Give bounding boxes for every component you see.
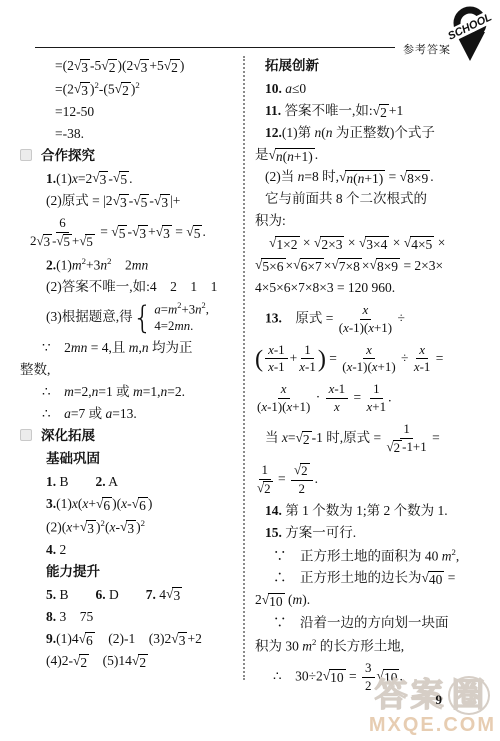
answer-line: (2)答案不唯一,如:4 2 1 1	[20, 279, 240, 296]
sqrt-expression: √2	[73, 654, 89, 671]
sqrt-expression: √2	[387, 440, 403, 456]
answer-line: 14. 第 1 个数为 1;第 2 个数为 1.	[255, 503, 495, 520]
fraction: x(x-1)(x+1)	[257, 382, 310, 415]
fraction: 32	[362, 661, 374, 694]
sqrt-expression: √2	[296, 431, 312, 448]
sqrt-expression: √8×9	[370, 258, 401, 275]
fraction: xx-1	[414, 343, 431, 376]
answer-line: ∴ m=2,n=1 或 m=1,n=2.	[20, 384, 240, 401]
answer-line: 4×5×6×7×8×3 = 120 960.	[255, 280, 495, 297]
sqrt-expression: √3	[166, 587, 182, 604]
answer-line: x(x-1)(x+1) · x-1x = 1x+1.	[255, 381, 495, 416]
sqrt-expression: √3	[120, 520, 136, 537]
answer-line: 它与前面共 8 个二次根式的	[255, 191, 495, 208]
answer-line: 9.(1)4√6 (2)-1 (3)2√3+2	[20, 631, 240, 648]
sqrt-expression: √2	[132, 654, 148, 671]
column-divider	[243, 56, 245, 680]
answer-line: 整数,	[20, 362, 240, 379]
answer-line: 是√n(n+1).	[255, 147, 495, 164]
sqrt-expression: √2	[373, 104, 389, 121]
sqrt-expression: √3×4	[359, 236, 390, 253]
answer-line: (3)根据题意,得{a=m2+3n2,4=2mn.	[20, 301, 240, 335]
fraction: 1x+1	[367, 382, 387, 415]
big-paren: (	[255, 345, 263, 372]
answer-line: 积为 30 m2 的长方形土地,	[255, 637, 495, 655]
fraction: 1x-1	[299, 343, 316, 376]
sqrt-expression: √3	[74, 59, 90, 76]
answer-line: 当 x=√2-1 时,原式 = 1√2-1+1 =	[255, 421, 495, 457]
answer-line: (2)当 n=8 时,√n(n+1) = √8×9.	[255, 169, 495, 186]
sqrt-expression: √10	[377, 669, 400, 686]
left-column: =(2√3-5√2)(2√3+5√2)=(2√3)2-(5√2)2=12-50=…	[20, 58, 240, 675]
school-pin-logo: SCHOOL	[444, 4, 496, 64]
sqrt-expression: √5	[186, 225, 202, 242]
sqrt-expression: √5	[111, 225, 127, 242]
right-column: 拓展创新10. a≤011. 答案不唯一,如:√2+112.(1)第 n(n 为…	[255, 58, 495, 700]
sqrt-expression: √7×8	[331, 258, 362, 275]
fraction: 1√2-1+1	[387, 422, 427, 456]
sqrt-expression: √1×2	[269, 236, 300, 253]
answer-line: 4. 2	[20, 542, 240, 559]
sqrt-expression: √3	[132, 225, 148, 242]
sqrt-expression: √10	[323, 669, 346, 686]
answer-line: √1×2 × √2×3 × √3×4 × √4×5 ×	[255, 235, 495, 252]
sqrt-expression: √3	[154, 194, 170, 211]
sqrt-expression: √3	[171, 632, 187, 649]
sqrt-expression: √8×9	[400, 170, 431, 187]
answer-line: =(2√3)2-(5√2)2	[20, 80, 240, 99]
answer-line: =(2√3-5√2)(2√3+5√2)	[20, 58, 240, 75]
answer-line: 11. 答案不唯一,如:√2+1	[255, 103, 495, 120]
answer-line: 12.(1)第 n(n 为正整数)个式子	[255, 125, 495, 142]
section-header: 合作探究	[20, 148, 240, 165]
answer-line: 2.(1)m2+3n2 2mn	[20, 256, 240, 274]
sqrt-expression: √3	[133, 59, 149, 76]
sqrt-expression: √2	[101, 59, 117, 76]
watermark-site-text: MXQE.COM	[369, 714, 496, 737]
answer-line: 1. B 2. A	[20, 474, 240, 491]
sqrt-expression: √3	[92, 171, 108, 188]
subheading: 基础巩固	[20, 451, 240, 468]
sqrt-expression: √5×6	[255, 258, 286, 275]
fraction: √22	[291, 463, 313, 497]
equation-system: {a=m2+3n2,4=2mn.	[133, 301, 209, 335]
sqrt-expression: √2	[294, 463, 310, 479]
sqrt-expression: √3	[156, 225, 172, 242]
answer-line: 62√3-√5+√5 = √5-√3+√3 = √5.	[20, 215, 240, 251]
fraction: x-1x	[326, 382, 349, 415]
sqrt-expression: √2	[115, 82, 131, 99]
sqrt-expression: √5	[56, 234, 72, 250]
sqrt-expression: √3	[74, 82, 90, 99]
answer-line: ∴ 正方形土地的边长为√40 =	[255, 570, 495, 587]
sqrt-expression: √n(n+1)	[339, 170, 385, 187]
sqrt-expression: √40	[422, 571, 445, 588]
answer-line: ∴ 30÷2√10 = 32√10.	[255, 660, 495, 695]
section-marker-icon	[20, 429, 32, 441]
sqrt-expression: √3	[113, 194, 129, 211]
sqrt-expression: √2×3	[314, 236, 345, 253]
page-number: 9	[436, 692, 443, 708]
answer-line: 5. B 6. D 7. 4√3	[20, 587, 240, 604]
answer-line: 13. 原式 = x(x-1)(x+1) ÷	[255, 302, 495, 337]
answer-line: 1.(1)x=2√3-√5.	[20, 171, 240, 188]
answer-line: ∵ 正方形土地的面积为 40 m2,	[255, 547, 495, 565]
answer-line: √5×6×√6×7×√7×8×√8×9 = 2×3×	[255, 258, 495, 275]
answer-line: ∵ 沿着一边的方向划一块面	[255, 615, 495, 632]
fraction: x(x-1)(x+1)	[339, 303, 392, 336]
sqrt-expression: √6	[79, 632, 95, 649]
answer-line: ∴ a=7 或 a=13.	[20, 406, 240, 423]
subheading: 能力提升	[20, 564, 240, 581]
sqrt-expression: √5	[79, 234, 95, 250]
sqrt-expression: √3	[36, 234, 52, 250]
answer-line: (4)2-√2 (5)14√2	[20, 653, 240, 670]
sqrt-expression: √5	[113, 171, 129, 188]
big-paren: )	[318, 345, 326, 372]
sqrt-expression: √5	[133, 194, 149, 211]
answer-line: 2√10 (m).	[255, 592, 495, 609]
sqrt-expression: √10	[262, 593, 285, 610]
sqrt-expression: √2	[257, 481, 273, 497]
answer-line: (2)(x+√3)2(x-√3)2	[20, 518, 240, 537]
sqrt-expression: √6	[96, 497, 112, 514]
sqrt-expression: √4×5	[404, 236, 435, 253]
header-rule	[35, 47, 395, 48]
answer-line: (x-1x-1+1x-1) = x(x-1)(x+1) ÷ xx-1 =	[255, 342, 495, 377]
answer-line: 8. 3 75	[20, 609, 240, 626]
fraction: 62√3-√5+√5	[30, 216, 95, 250]
sqrt-expression: √n(n+1)	[269, 148, 315, 165]
section-header: 深化拓展	[20, 428, 240, 445]
answer-line: 3.(1)x(x+√6)(x-√6)	[20, 496, 240, 513]
answer-line: ∵ 2mn = 4,且 m,n 均为正	[20, 340, 240, 357]
fraction: x(x-1)(x+1)	[342, 343, 395, 376]
sqrt-expression: √6×7	[293, 258, 324, 275]
answer-line: 15. 方案一可行.	[255, 525, 495, 542]
answer-line: 1√2 = √22.	[255, 462, 495, 498]
answer-line: 10. a≤0	[255, 81, 495, 98]
subheading: 拓展创新	[255, 58, 495, 75]
section-marker-icon	[20, 149, 32, 161]
answer-line: (2)原式 = |2√3-√5-√3|+	[20, 193, 240, 210]
fraction: 1√2	[257, 463, 273, 497]
answer-line: 积为:	[255, 213, 495, 230]
sqrt-expression: √2	[164, 59, 180, 76]
fraction: x-1x-1	[265, 343, 288, 376]
sqrt-expression: √3	[80, 520, 96, 537]
answer-line: =-38.	[20, 126, 240, 143]
sqrt-expression: √6	[132, 497, 148, 514]
answer-line: =12-50	[20, 104, 240, 121]
